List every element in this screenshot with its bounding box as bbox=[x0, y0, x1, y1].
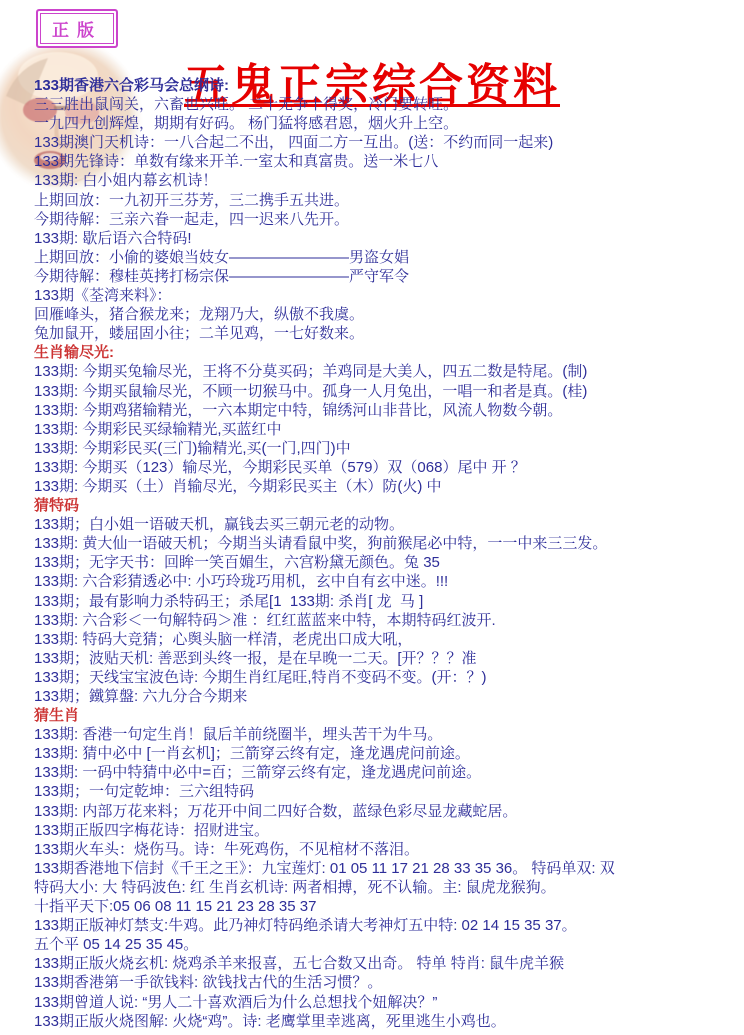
text-line: 133期: 内部万花来料；万花开中间二四好合数，蓝绿色彩尽显龙藏蛇居。 bbox=[34, 802, 740, 821]
text-line: 133期: 今期鸡猪输精光，一六本期定中特，锦绣河山非昔比，风流人物数今朝。 bbox=[34, 401, 740, 420]
text-line: 133期；天线宝宝波色诗: 今期生肖红尾旺,特肖不变码不变。(开：？) bbox=[34, 668, 740, 687]
text-line: 十指平天下:05 06 08 11 15 21 23 28 35 37 bbox=[34, 897, 740, 916]
text-line: 133期: 黄大仙一语破天机；今期当头请看鼠中奖，狗前猴尾必中特，一一中来三三发… bbox=[34, 534, 740, 553]
text-line: 133期；最有影响力杀特码王；杀尾[1 133期: 杀肖[ 龙 马 ] bbox=[34, 592, 740, 611]
text-line: 133期: 今期买鼠输尽光，不顾一切猴马中。孤身一人月兔出，一唱一和者是真。(桂… bbox=[34, 382, 740, 401]
text-line: 133期: 今期买（土）肖输尽光，今期彩民买主（木）防(火) 中 bbox=[34, 477, 740, 496]
text-line: 133期澳门天机诗：一八合起二不出， 四面二方一互出。(送：不约而同一起来) bbox=[34, 133, 740, 152]
text-line: 兔加鼠开，蝼屈固小往；二羊见鸡，一七好数来。 bbox=[34, 324, 740, 343]
text-line: 133期: 一码中特猜中必中=百；三箭穿云终有定，逢龙遇虎问前途。 bbox=[34, 763, 740, 782]
text-line: 133期: 六合彩＜一句解特码＞准 ：红红蓝蓝来中特，本期特码红波开. bbox=[34, 611, 740, 630]
text-line: 133期: 六合彩猜透必中: 小巧玲珑巧用机，玄中自有玄中迷。!!! bbox=[34, 572, 740, 591]
text-line: 133期: 歇后语六合特码! bbox=[34, 229, 740, 248]
text-line: 133期曾道人说: “男人二十喜欢酒后为什么总想找个妞解决？” bbox=[34, 993, 740, 1012]
text-line: 133期；鐵算盤: 六九分合今期来 bbox=[34, 687, 740, 706]
text-line: 133期正版神灯禁支:牛鸡。此乃神灯特码绝杀请大考神灯五中特: 02 14 15… bbox=[34, 916, 740, 935]
text-line: 上期回放：小偷的婆娘当妓女————————男盗女娼 bbox=[34, 248, 740, 267]
text-line: 133期；波贴天机: 善恶到头终一报，是在早晚一二天。[开？？？准 bbox=[34, 649, 740, 668]
text-line: 上期回放：一九初开三芬芳，三二携手五共进。 bbox=[34, 191, 740, 210]
section-header: 猜特码 bbox=[34, 496, 740, 515]
text-line: 今期待解：穆桂英拷打杨宗保————————严守军令 bbox=[34, 267, 740, 286]
text-line: 133期: 今期彩民买(三门)输精光,买(一门,四门)中 bbox=[34, 439, 740, 458]
authentic-badge-label: 正版 bbox=[52, 21, 102, 40]
text-line: 133期香港第一手欲钱料: 欲钱找古代的生活习惯？。 bbox=[34, 973, 740, 992]
text-line: 133期: 今期买兔输尽光，王将不分莫买码；羊鸡同是大美人，四五二数是特尾。(制… bbox=[34, 362, 740, 381]
text-line: 特码大小: 大 特码波色: 红 生肖玄机诗: 两者相搏，死不认输。主: 鼠虎龙猴… bbox=[34, 878, 740, 897]
text-line: 133期火车头：烧伤马。诗：牛死鸡伤，不见棺材不落泪。 bbox=[34, 840, 740, 859]
text-line: 133期香港地下信封《千王之王》：九宝莲灯: 01 05 11 17 21 28… bbox=[34, 859, 740, 878]
text-line: 133期: 香港一句定生肖！鼠后羊前绕圈半，埋头苦干为牛马。 bbox=[34, 725, 740, 744]
text-line: 133期；一句定乾坤：三六组特码 bbox=[34, 782, 740, 801]
text-line: 133期: 猜中必中 [一肖玄机]；三箭穿云终有定，逢龙遇虎问前途。 bbox=[34, 744, 740, 763]
authentic-badge: 正版 bbox=[36, 9, 118, 48]
section-header: 猜生肖 bbox=[34, 706, 740, 725]
text-line: 133期: 特码大竞猜；心舆头脑一样清，老虎出口成大吼， bbox=[34, 630, 740, 649]
text-line: 133期；白小姐一语破天机，赢钱去买三朝元老的动物。 bbox=[34, 515, 740, 534]
section-header: 生肖输尽光: bbox=[34, 343, 740, 362]
text-line: 133期先锋诗：单数有缘来开羊.一室太和真富贵。送一米七八 bbox=[34, 152, 740, 171]
text-line: 133期正版火烧玄机: 烧鸡杀羊来报喜，五七合数又出奇。 特单 特肖: 鼠牛虎羊… bbox=[34, 954, 740, 973]
text-line: 133期: 今期彩民买绿输精光,买蓝红中 bbox=[34, 420, 740, 439]
text-line: 133期正版火烧图解: 火烧“鸡”。诗: 老鹰掌里幸逃离，死里逃生小鸡也。 bbox=[34, 1012, 740, 1031]
text-line: 133期香港六合彩马会总纲诗: bbox=[34, 76, 740, 95]
text-line: 133期: 今期买（123）输尽光，今期彩民买单（579）双（068）尾中 开 … bbox=[34, 458, 740, 477]
text-line: 三三胜出鼠闯关，六畜也兴旺。 二十无争十得奖，冷门要转旺。 bbox=[34, 95, 740, 114]
text-line: 133期；无字天书：回眸一笑百媚生，六宫粉黛无颜色。兔 35 bbox=[34, 553, 740, 572]
text-line: 133期: 白小姐内幕玄机诗！ bbox=[34, 171, 740, 190]
text-line: 五个平 05 14 25 35 45。 bbox=[34, 935, 740, 954]
content-lines: 133期香港六合彩马会总纲诗:三三胜出鼠闯关，六畜也兴旺。 二十无争十得奖，冷门… bbox=[34, 76, 740, 1031]
text-line: 回雁峰头，猪合猴龙来；龙翔乃大，纵傲不我虞。 bbox=[34, 305, 740, 324]
text-line: 一九四九创辉煌，期期有好码。 杨门猛将感君恩，烟火升上空。 bbox=[34, 114, 740, 133]
text-line: 133期《荃湾来料》： bbox=[34, 286, 740, 305]
text-line: 133期正版四字梅花诗：招财进宝。 bbox=[34, 821, 740, 840]
text-line: 今期待解：三亲六眷一起走，四一迟来八先开。 bbox=[34, 210, 740, 229]
